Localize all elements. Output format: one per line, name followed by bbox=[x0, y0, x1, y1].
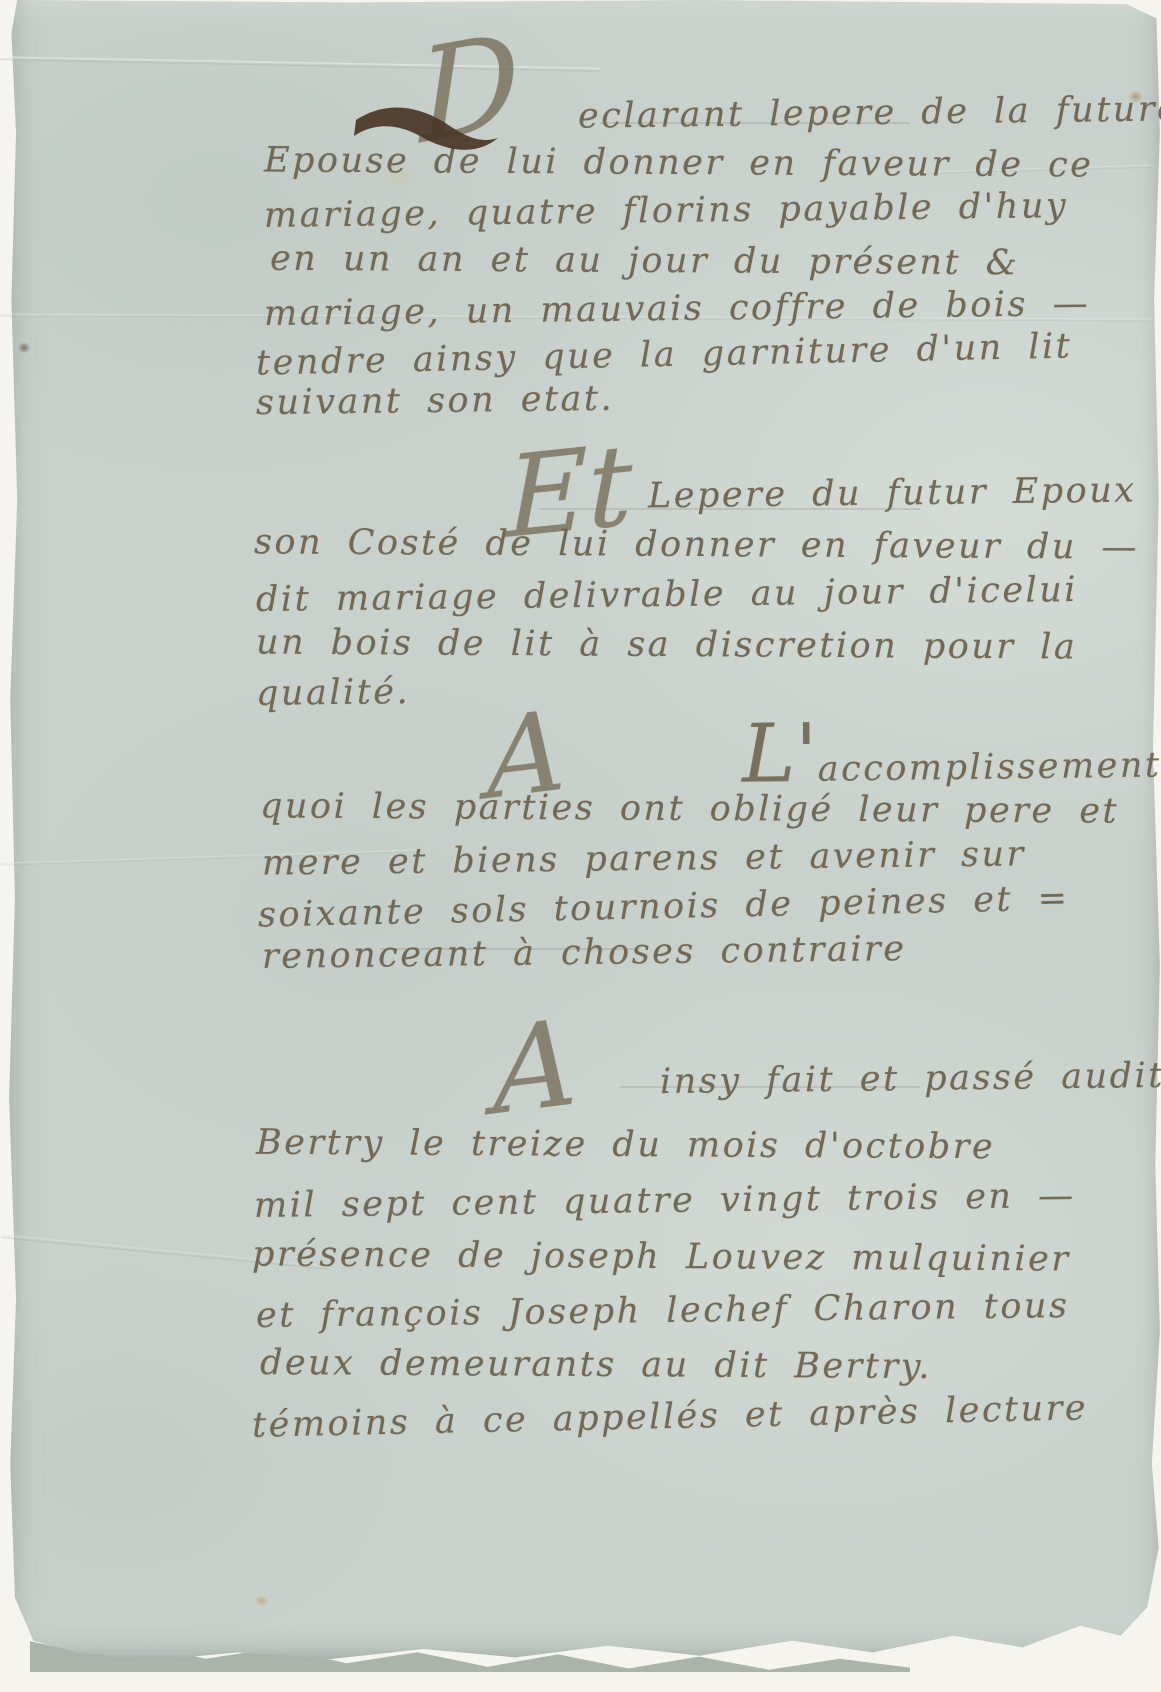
scanned-document: D Et A A eclarant lepere de la future Ep… bbox=[0, 0, 1161, 1692]
manuscript-line: eclarant lepere de la future bbox=[578, 92, 1161, 134]
manuscript-line: qualité. bbox=[256, 675, 411, 712]
manuscript-line: quoi les parties ont obligé leur pere et bbox=[260, 789, 1119, 829]
manuscript-line: Bertry le treize du mois d'octobre bbox=[256, 1126, 995, 1166]
manuscript-line: mariage, quatre florins payable d'huy bbox=[264, 189, 1069, 234]
manuscript-line: Lepere du futur Epoux de bbox=[648, 473, 1161, 515]
manuscript-line: deux demeurants au dit Bertry. bbox=[260, 1346, 932, 1385]
manuscript-line: insy fait et passé audit bbox=[660, 1059, 1161, 1100]
manuscript-line: L'accomplissement de tout bbox=[742, 724, 1161, 788]
manuscript-line: et françois Joseph lechef Charon tous bbox=[256, 1289, 1070, 1334]
ornate-initial-a: A bbox=[490, 1003, 579, 1132]
manuscript-line: suivant son etat. bbox=[256, 382, 615, 421]
manuscript-line: en un an et au jour du présent & bbox=[270, 242, 1020, 282]
manuscript-line: mere et biens parens et avenir sur bbox=[262, 837, 1026, 881]
manuscript-line: dit mariage delivrable au jour d'icelui bbox=[256, 573, 1078, 618]
manuscript-line: son Costé de lui donner en faveur du — bbox=[254, 525, 1139, 565]
ornate-initial-d-heavy-swash bbox=[352, 98, 502, 158]
manuscript-line: un bois de lit à sa discretion pour la bbox=[256, 625, 1077, 665]
manuscript-line: mariage, un mauvais coffre de bois — bbox=[264, 287, 1090, 332]
manuscript-line: mil sept cent quatre vingt trois en — bbox=[254, 1179, 1076, 1224]
manuscript-line: renonceant à choses contraire bbox=[262, 932, 907, 975]
manuscript-line: présence de joseph Louvez mulquinier bbox=[252, 1238, 1071, 1278]
